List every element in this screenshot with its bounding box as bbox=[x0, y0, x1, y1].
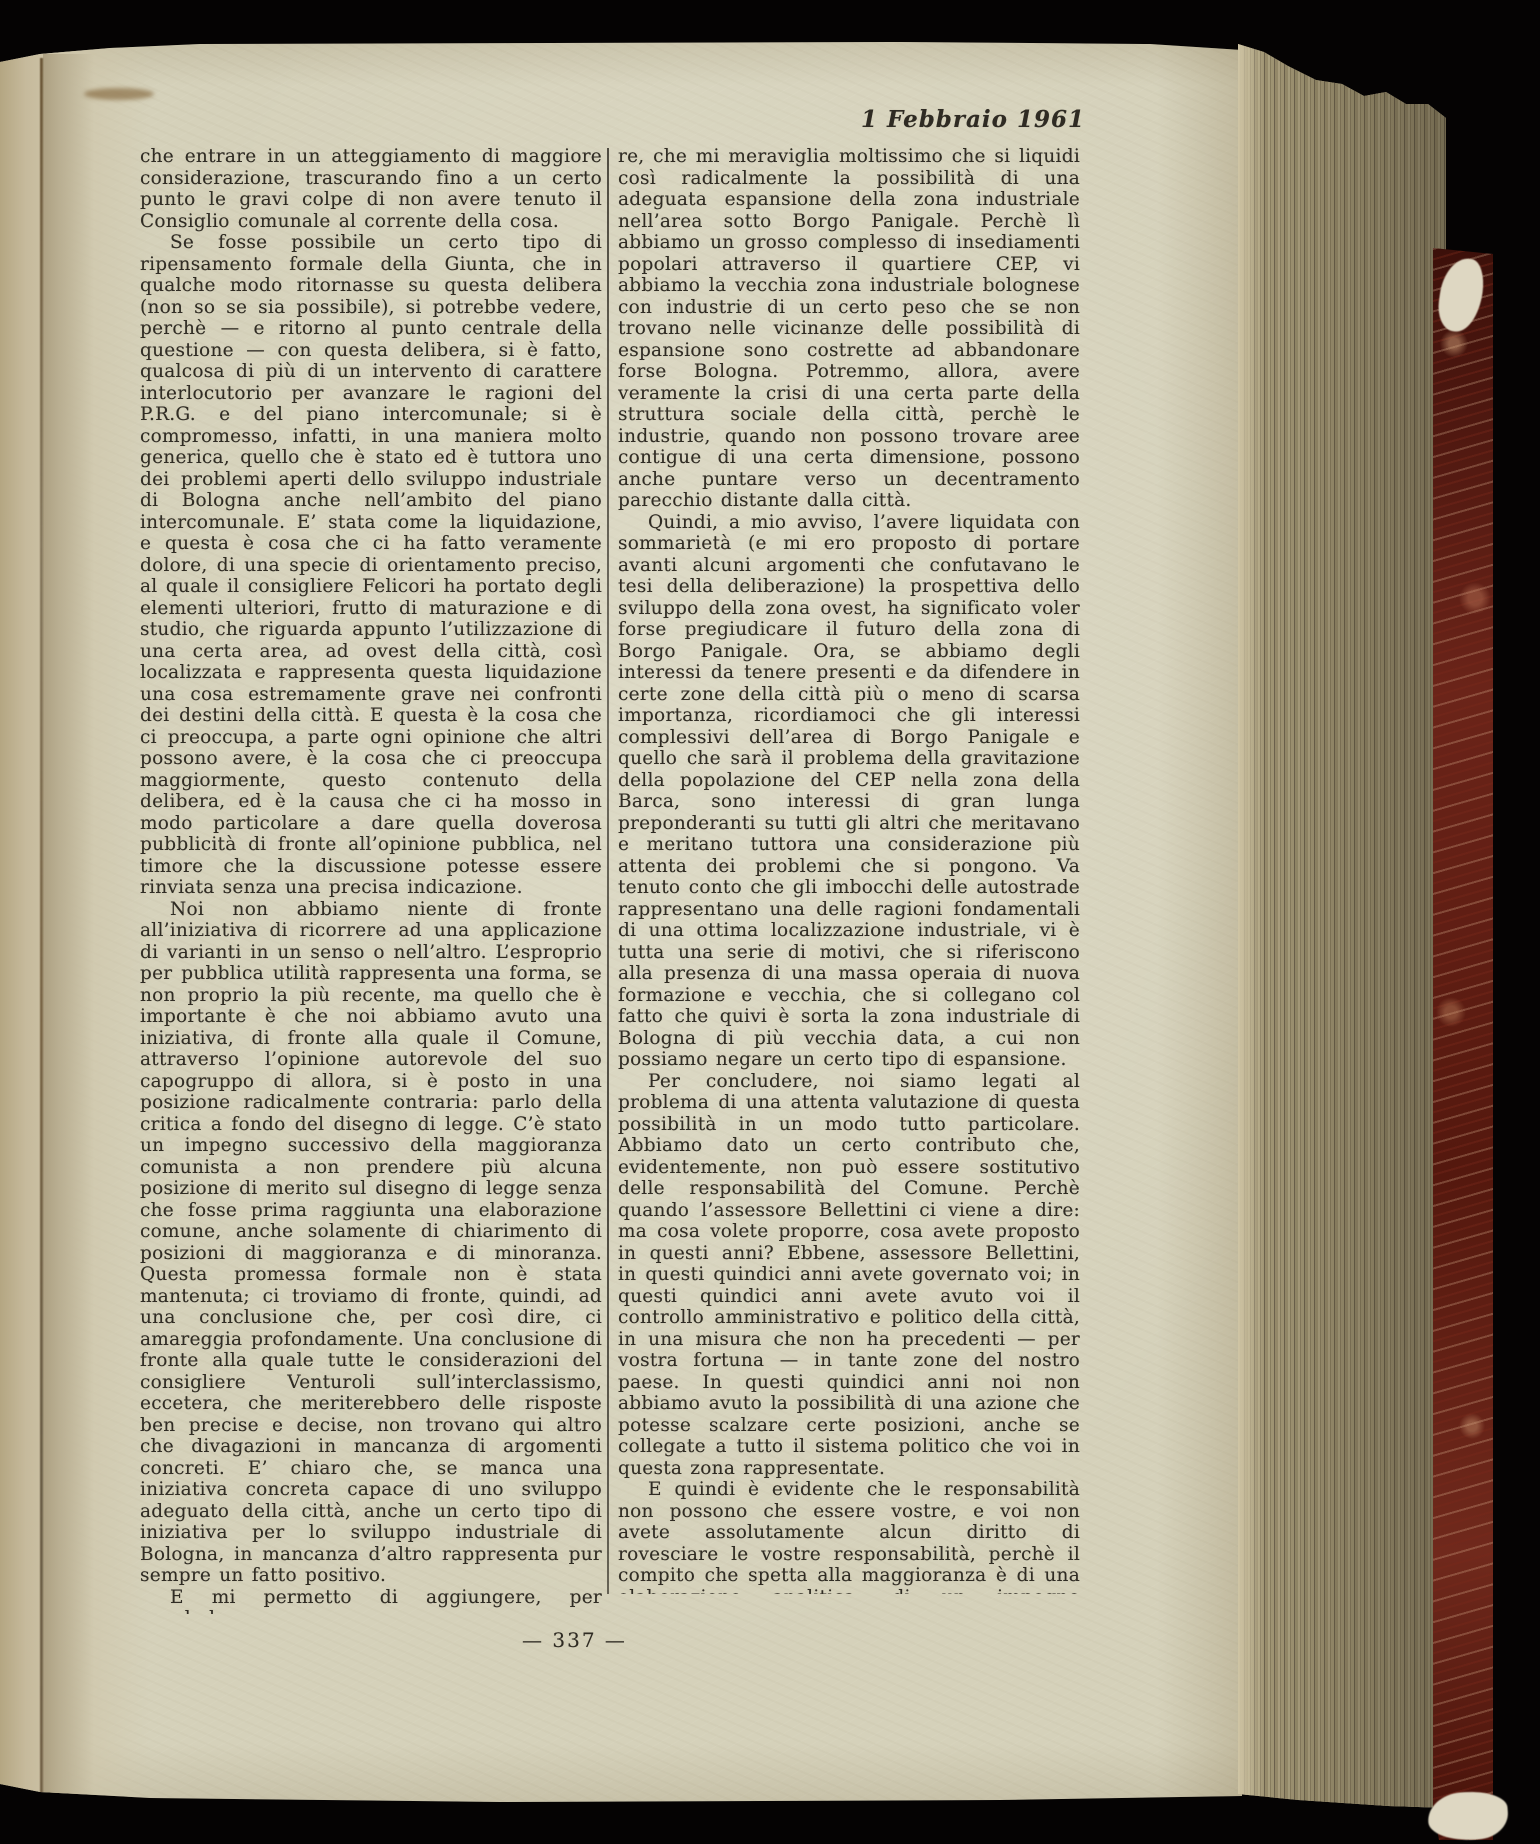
paragraph: E quindi è evidente che le responsabilit… bbox=[618, 1479, 1080, 1594]
paragraph: re, che mi meraviglia moltissimo che si … bbox=[618, 146, 1080, 512]
book-page: 1 Febbraio 1961 che entrare in un attegg… bbox=[0, 40, 1242, 1804]
scanned-book-photo: 1 Febbraio 1961 che entrare in un attegg… bbox=[0, 0, 1540, 1844]
book-cover-marbled bbox=[1433, 248, 1493, 1840]
paragraph: Per concludere, noi siamo legati al prob… bbox=[618, 1071, 1080, 1480]
paragraph: Noi non abbiamo niente di fronte all’ini… bbox=[140, 899, 602, 1587]
paragraph: che entrare in un atteggiamento di maggi… bbox=[140, 146, 602, 232]
date-header: 1 Febbraio 1961 bbox=[861, 106, 1085, 133]
gutter-shadow bbox=[43, 54, 103, 1798]
column-divider-rule bbox=[607, 148, 609, 1594]
right-text-column: re, che mi meraviglia moltissimo che si … bbox=[618, 146, 1080, 1594]
book-fore-edge-pages bbox=[1238, 32, 1446, 1814]
paragraph: Quindi, a mio avviso, l’avere liquidata … bbox=[618, 512, 1080, 1071]
paragraph: E mi permetto di aggiungere, per conclud… bbox=[140, 1587, 602, 1615]
page-number: — 337 — bbox=[492, 1628, 657, 1652]
left-text-column: che entrare in un atteggiamento di maggi… bbox=[140, 146, 602, 1614]
paragraph: Se fosse possibile un certo tipo di ripe… bbox=[140, 232, 602, 899]
